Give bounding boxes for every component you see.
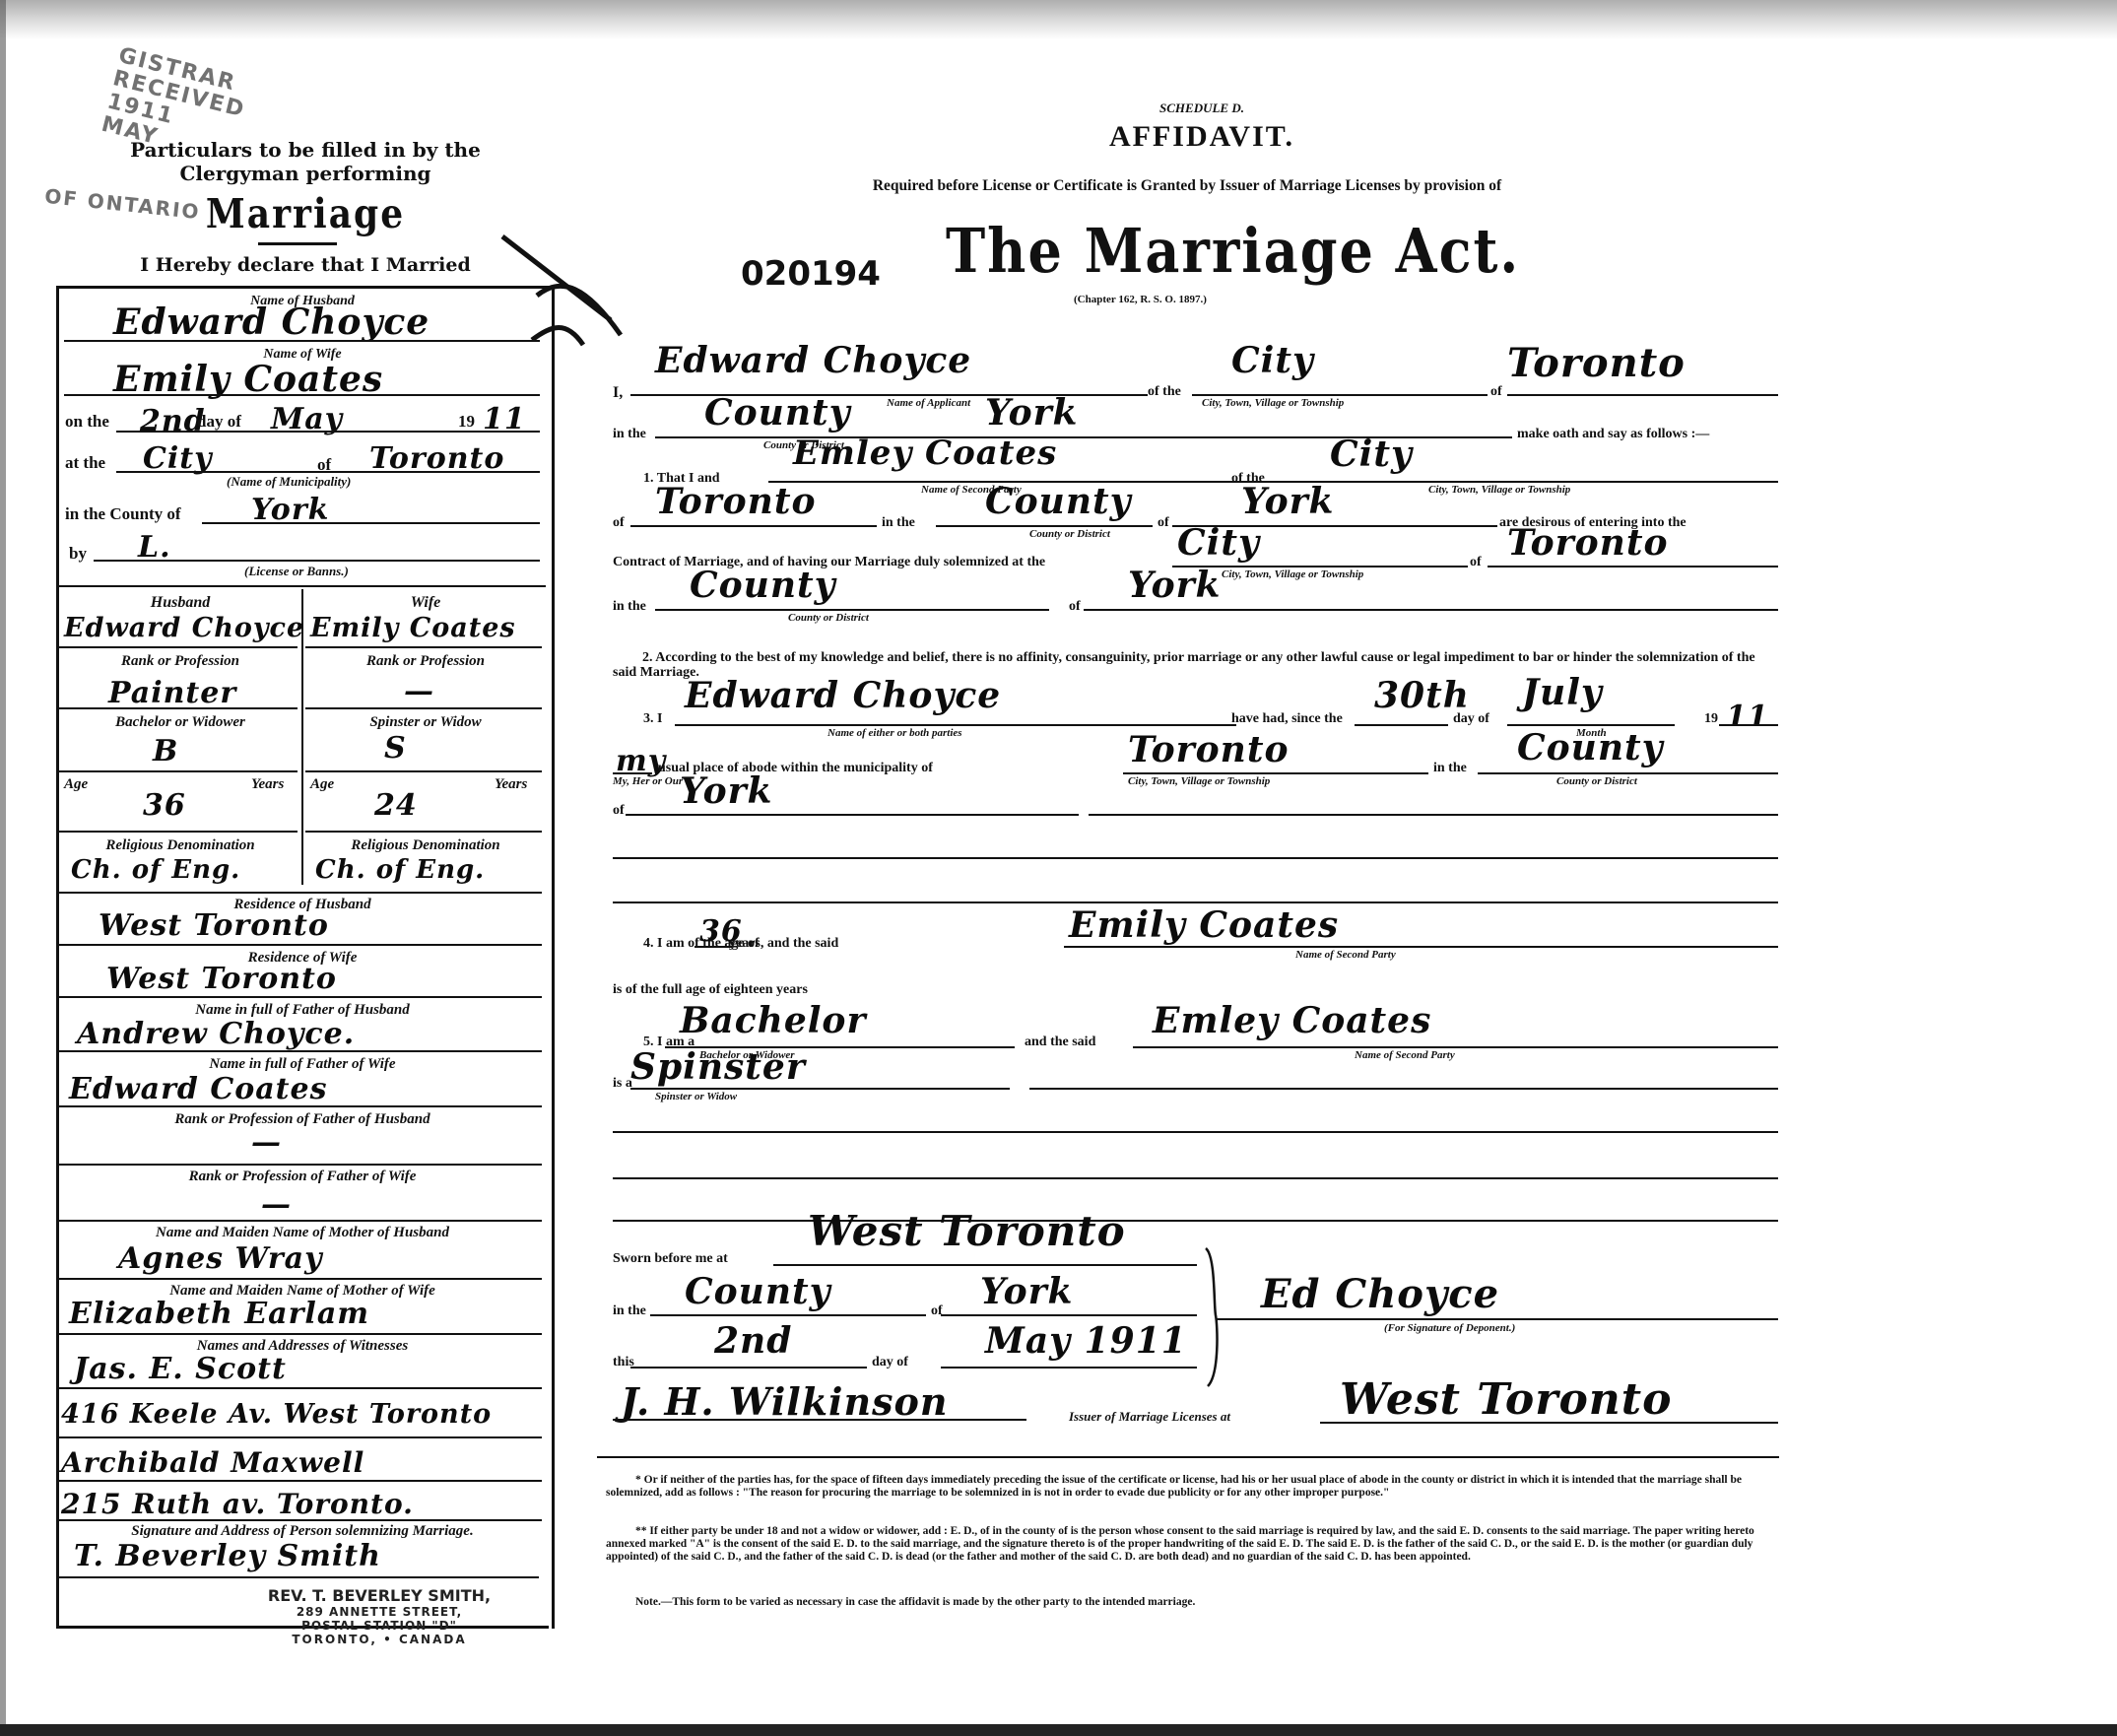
label-at-the: at the [65,453,105,473]
husband-column-header: Husband [59,594,301,612]
husband-religion: Ch. of Eng. [71,855,240,885]
rule [1192,394,1488,396]
rule [59,707,298,709]
label-day-of: day of [1453,711,1489,727]
caption-county-3: County or District [788,612,869,624]
since-year: 11 [1726,700,1769,734]
scan-left-edge [0,0,6,1736]
label-rank-father-husband: Rank or Profession of Father of Husband [56,1111,549,1128]
p4-second-party: Emily Coates [1069,904,1339,946]
full-age-text: is of the full age of eighteen years [613,982,808,998]
label-father-wife: Name in full of Father of Wife [56,1056,549,1073]
rule [613,1220,1778,1222]
rule [1089,814,1778,816]
issuer-label: Issuer of Marriage Licenses at [1069,1409,1230,1425]
solemn-county: York [1128,565,1222,606]
second-city: Toronto [655,481,816,522]
solemn-county-type: County [690,565,836,606]
rule [59,1220,542,1222]
rule [59,1480,542,1482]
caption-p5-other: Spinster or Widow [655,1091,737,1102]
rule [613,901,1778,903]
issuer-place: West Toronto [1340,1374,1672,1425]
caption-p4-name: Name of Second Party [1295,949,1396,961]
rule [116,471,540,473]
label-in-the-5: in the [613,1303,646,1319]
rule [59,1387,542,1389]
p5-status: Bachelor [680,1000,866,1041]
rule [56,1576,539,1578]
rule [613,772,652,774]
rule [305,707,542,709]
p4-mid: years, and the said [729,936,838,952]
caption-abode-county: County or District [1556,775,1637,787]
sworn-day: 2nd [714,1320,792,1362]
label-in-the-4: in the [1433,761,1467,776]
sworn-month-year: May 1911 [985,1320,1187,1362]
caption-applicant: Name of Applicant [887,397,970,409]
make-oath: make oath and say as follows :— [1517,427,1709,442]
label-mother-husband: Name and Maiden Name of Mother of Husban… [56,1225,549,1241]
residence-wife: West Toronto [106,962,337,996]
since-day: 30th [1374,675,1470,716]
stamp-line: REV. T. BEVERLEY SMITH, [251,1586,507,1605]
rule [613,1177,1778,1179]
label-of-the: of the [1148,384,1181,400]
rule [1507,394,1778,396]
rule [626,814,1079,816]
rule [613,857,1778,859]
label-bachelor-widower: Bachelor or Widower [59,714,301,731]
wife-name: Emily Coates [310,613,516,643]
pen-mark-icon [493,227,630,365]
husband-name: Edward Choyce [64,613,304,643]
rule [1217,1318,1778,1320]
father-husband: Andrew Choyce. [77,1017,355,1051]
label-husband-years: Years [251,776,284,793]
rule [305,831,542,833]
rule [773,1264,1197,1266]
deponent-signature: Ed Choyce [1261,1271,1499,1317]
applicant-city: Toronto [1507,340,1686,386]
divider [258,242,337,245]
caption-deponent: (For Signature of Deponent.) [1384,1322,1515,1334]
and-the-said: and the said [1025,1035,1095,1050]
footnote-1: * Or if neither of the parties has, for … [606,1474,1778,1500]
declare-text: I Hereby declare that I Married [79,254,532,276]
rule [1507,724,1675,726]
second-county: York [1241,481,1335,522]
mother-wife: Elizabeth Earlam [69,1297,369,1331]
rule [941,1367,1197,1369]
required-text: Required before License or Certificate i… [714,177,1660,195]
label-of-2: of [613,515,625,531]
label-county: in the County of [65,504,181,524]
rule [1133,1046,1778,1048]
rule [59,1105,542,1107]
stamp-line: TORONTO, • CANADA [251,1633,507,1646]
left-header-line2: Clergyman performing [79,162,532,185]
witness-2-name: Archibald Maxwell [61,1446,364,1479]
label-day-of: day of [197,412,241,432]
rule [59,1164,542,1166]
label-wife-rank: Rank or Profession [305,653,546,670]
rule [1084,609,1778,611]
sworn-county-type: County [685,1271,831,1312]
rule [1123,772,1428,774]
label-wife-years: Years [495,776,527,793]
label-spinster-widow: Spinster or Widow [305,714,546,731]
label-of-7: of [931,1303,943,1319]
rule [1355,724,1448,726]
rule [64,340,540,342]
item-i: I, [613,384,623,402]
p5-second-party: Emley Coates [1153,1000,1431,1041]
left-header-title: Marriage [79,190,532,237]
rank-father-husband: — [251,1125,282,1160]
rule [630,1088,1010,1090]
chapter-ref: (Chapter 162, R. S. O. 1897.) [1074,294,1207,305]
schedule-label: SCHEDULE D. [1084,100,1320,116]
label-on-the: on the [65,412,109,432]
rule [1478,772,1778,774]
wife-status: S [384,731,407,766]
husband-age: 36 [143,788,186,823]
caption-place-3: City, Town, Village or Township [1222,568,1363,580]
act-title: The Marriage Act. [946,214,1520,287]
label-husband-age: Age [64,776,88,793]
label-in-the: in the [613,427,646,442]
rule [1064,946,1778,948]
scan-top-edge [0,0,2117,39]
rule [597,1456,1779,1458]
rule [650,1314,926,1316]
rule [1271,481,1778,483]
residence-husband: West Toronto [99,908,329,943]
caption-p5-name: Name of Second Party [1355,1049,1455,1061]
footnote-2: ** If either party be under 18 and not a… [606,1525,1778,1564]
affidavit-title: AFFIDAVIT. [1015,120,1389,154]
since-month: July [1522,672,1603,713]
rule [630,525,877,527]
abode-county-type: County [1517,727,1664,768]
wife-column-header: Wife [305,594,546,612]
sworn-place: West Toronto [808,1207,1126,1255]
caption-license-or-banns: (License or Banns.) [244,564,349,579]
label-wife-age: Age [310,776,334,793]
caption-p3-name: Name of either or both parties [827,727,962,739]
label-by: by [69,544,87,564]
rule [59,1333,542,1335]
left-header-line1: Particulars to be filled in by the [79,138,532,162]
rank-father-wife: — [261,1187,292,1222]
label-day-of-2: day of [872,1355,908,1370]
rule [695,946,732,948]
label-solemnizer: Signature and Address of Person solemniz… [56,1523,549,1540]
label-rank-father-wife: Rank or Profession of Father of Wife [56,1168,549,1185]
p3-name: Edward Choyce [685,675,1001,716]
solemn-place-type: City [1177,522,1260,564]
second-place-type: City [1330,434,1413,475]
rule [305,646,542,648]
caption-place-2: City, Town, Village or Township [1428,484,1570,496]
second-party-name: Emley Coates [793,434,1057,473]
rule [59,944,542,946]
p3-prefix: 3. I [643,711,662,727]
rule [59,1278,542,1280]
rule [59,646,298,648]
have-had-text: have had, since the [1231,711,1343,727]
applicant-county: York [985,392,1079,434]
stamp-line: 289 ANNETTE STREET, [251,1605,507,1619]
abode-city: Toronto [1128,729,1289,770]
solemn-city: Toronto [1507,522,1668,564]
rule [1320,1422,1778,1424]
applicant-name: Edward Choyce [655,340,971,381]
stamp-line: POSTAL STATION "D" [251,1619,507,1633]
caption-place: City, Town, Village or Township [1202,397,1344,409]
rule [630,1367,867,1369]
husband-status: B [153,734,178,768]
rule [675,724,1236,726]
rule [1488,566,1778,568]
wife-age: 24 [374,788,418,823]
husband-rank: Painter [108,676,236,710]
applicant-county-type: County [704,392,851,434]
rule [655,609,1049,611]
caption-abode-city: City, Town, Village or Township [1128,775,1270,787]
witness-1-name: Jas. E. Scott [74,1352,287,1386]
label-of-3: of [1158,515,1169,531]
label-in-the-2: in the [882,515,915,531]
rule [613,1131,1778,1133]
rule [94,560,540,562]
wife-religion: Ch. of Eng. [315,855,485,885]
caption-county-2: County or District [1029,528,1110,540]
applicant-place-type: City [1231,340,1314,381]
solemnizer-address-stamp: REV. T. BEVERLEY SMITH, 289 ANNETTE STRE… [251,1586,507,1646]
rule [305,770,542,772]
label-in-the-3: in the [613,599,646,615]
is-a: is a [613,1076,632,1092]
footnote-note: Note.—This form to be varied as necessar… [606,1596,1778,1609]
form-number: 020194 [741,254,881,294]
label-of-6: of [613,803,625,819]
label-of: of [1490,384,1502,400]
rule [59,1050,542,1052]
witness-2-address: 215 Ruth av. Toronto. [61,1488,414,1520]
rule [1029,1088,1778,1090]
rule [59,996,542,998]
label-of-5: of [1069,599,1081,615]
solemnizer-signature: T. Beverley Smith [74,1539,381,1573]
second-county-type: County [985,481,1132,522]
label-wife-religion: Religious Denomination [305,837,546,854]
caption-pronoun: My, Her or Our [613,775,683,787]
label-of-4: of [1470,555,1482,570]
father-wife: Edward Coates [69,1072,328,1106]
caption-municipality: (Name of Municipality) [227,474,351,490]
rule [941,1314,1197,1316]
rule [116,431,540,433]
rule [613,1419,1026,1421]
sworn-county: York [980,1271,1074,1312]
rule [64,394,540,396]
p5-other-status: Spinster [630,1046,806,1088]
rule [59,831,298,833]
label-year-prefix: 19 [458,412,475,432]
value-name-of-husband: Edward Choyce [113,301,430,343]
rule [936,525,1153,527]
label-husband-religion: Religious Denomination [59,837,301,854]
rule [59,770,298,772]
rule [59,585,546,587]
rule [59,892,542,894]
rule [59,1519,542,1521]
witness-1-address: 416 Keele Av. West Toronto [61,1399,492,1430]
abode-county: York [680,770,773,812]
rule [202,522,540,524]
scan-bottom-edge [0,1724,2117,1736]
issuer-signature: J. H. Wilkinson [621,1379,949,1424]
rule [59,1436,542,1438]
rule [1719,724,1778,726]
label-husband-rank: Rank or Profession [59,653,301,670]
wife-rank: — [404,674,434,708]
value-day: 2nd [140,404,206,438]
year-prefix: 19 [1704,711,1718,727]
mother-husband: Agnes Wray [118,1241,323,1276]
sworn-text: Sworn before me at [613,1251,728,1267]
